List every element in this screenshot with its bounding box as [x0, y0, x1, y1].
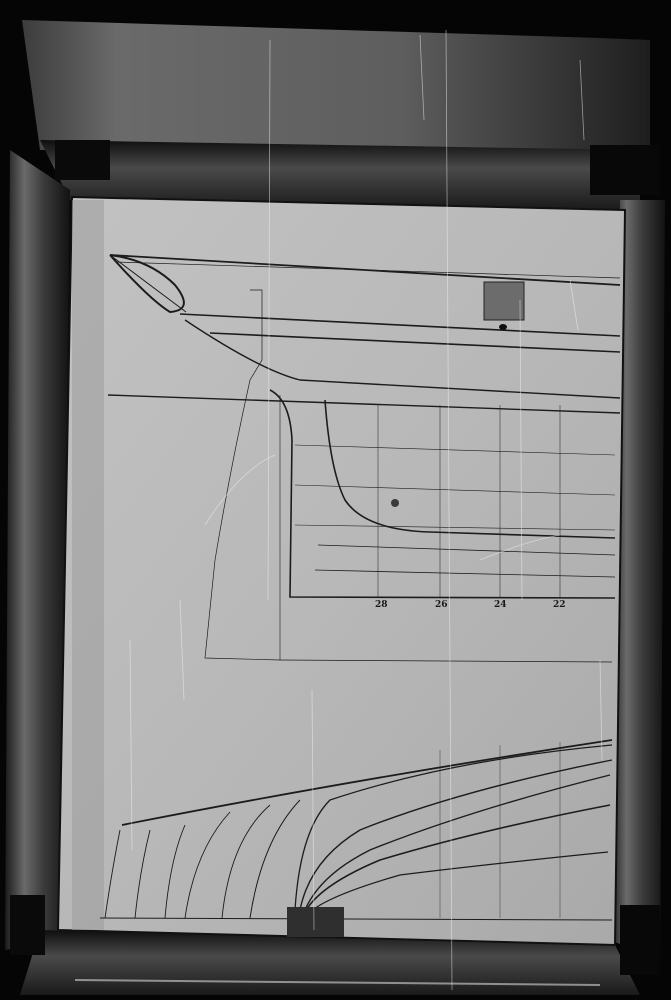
wall-background — [22, 20, 650, 150]
paper-patch — [484, 282, 524, 320]
frame-clamp-bottom-right — [620, 905, 660, 975]
ink-blot — [499, 324, 507, 330]
station-label-22: 22 — [553, 600, 566, 610]
paper-patch-bottom — [287, 907, 344, 937]
paper-shadow-strip — [72, 200, 104, 930]
station-label-24: 24 — [494, 600, 507, 610]
station-label-28: 28 — [375, 600, 388, 610]
frame-clamp-top-right — [590, 145, 660, 195]
station-label-26: 26 — [435, 600, 448, 610]
frame-clamp-top-left — [55, 140, 110, 180]
ink-blot-2 — [391, 499, 399, 507]
framed-ship-lines-photo: 28 26 24 22 — [0, 0, 671, 1000]
frame-clamp-bottom-left — [10, 895, 45, 955]
